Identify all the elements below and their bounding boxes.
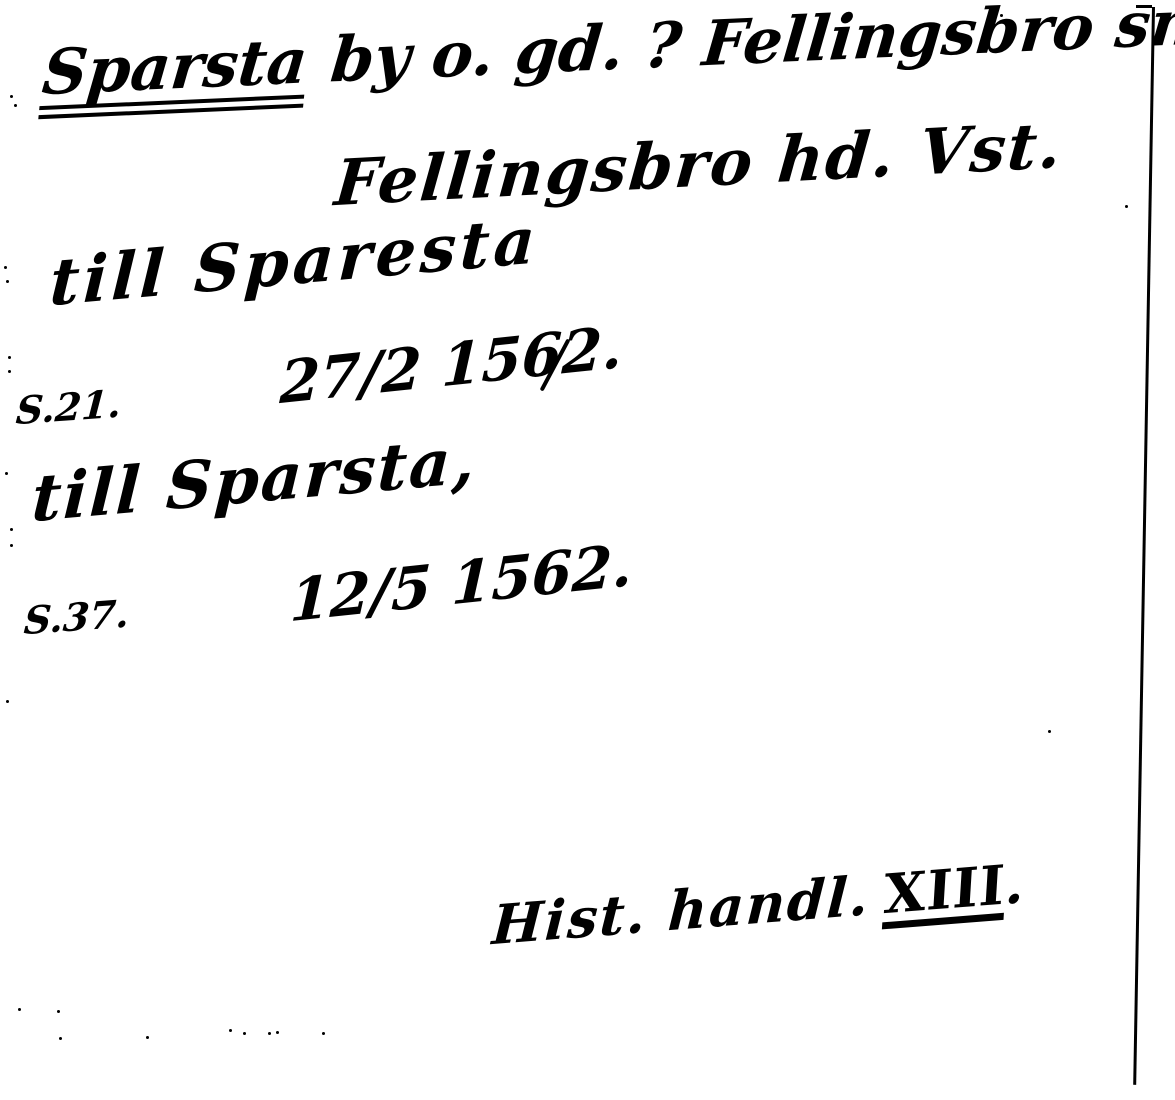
scan-speckle <box>1000 14 1003 17</box>
edge-tick-mark <box>1136 5 1152 8</box>
entry-text: till Sparesta <box>48 209 540 316</box>
headword: Sparsta <box>38 30 310 119</box>
scan-speckle <box>10 528 13 531</box>
scan-speckle <box>14 104 17 107</box>
entry-date: 12/5 1562. <box>289 536 633 631</box>
scan-speckle <box>10 544 13 547</box>
district-line: Fellingsbro hd. Vst. <box>332 114 1065 216</box>
scan-speckle <box>229 1029 232 1032</box>
source-period: . <box>1003 851 1028 917</box>
scan-speckle <box>10 95 13 98</box>
source-label: Hist. handl. <box>490 863 872 957</box>
scan-speckle <box>6 280 9 283</box>
scan-speckle <box>276 1031 279 1034</box>
scan-speckle <box>5 472 8 475</box>
scan-speckle <box>8 356 11 359</box>
scan-speckle <box>268 1032 271 1035</box>
scan-speckle <box>146 1036 149 1039</box>
source-citation: Hist. handl.XIII. <box>490 856 1028 961</box>
scan-speckle <box>243 1032 246 1035</box>
scan-speckle <box>322 1032 325 1035</box>
source-volume: XIII <box>882 857 1007 929</box>
scan-speckle <box>8 370 11 373</box>
headline-description: by o. gd. ? Fellingsbro sn. <box>328 0 1175 97</box>
headline: Sparstaby o. gd. ? Fellingsbro sn. <box>38 0 1175 119</box>
card-edge-line <box>1133 7 1155 1085</box>
scan-speckle <box>6 700 9 703</box>
scan-speckle <box>18 1008 21 1011</box>
scan-speckle <box>1048 730 1051 733</box>
page-reference: S.21. <box>15 385 123 431</box>
entry-date: 27/2 1562. <box>279 318 623 413</box>
scan-speckle <box>1125 205 1128 208</box>
entry-text: till Sparsta, <box>30 429 478 532</box>
scan-speckle <box>59 1037 62 1040</box>
scan-speckle <box>4 266 7 269</box>
scan-speckle <box>57 1010 60 1013</box>
page-reference: S.37. <box>23 595 131 641</box>
index-card: Sparstaby o. gd. ? Fellingsbro sn. Felli… <box>0 0 1175 1100</box>
